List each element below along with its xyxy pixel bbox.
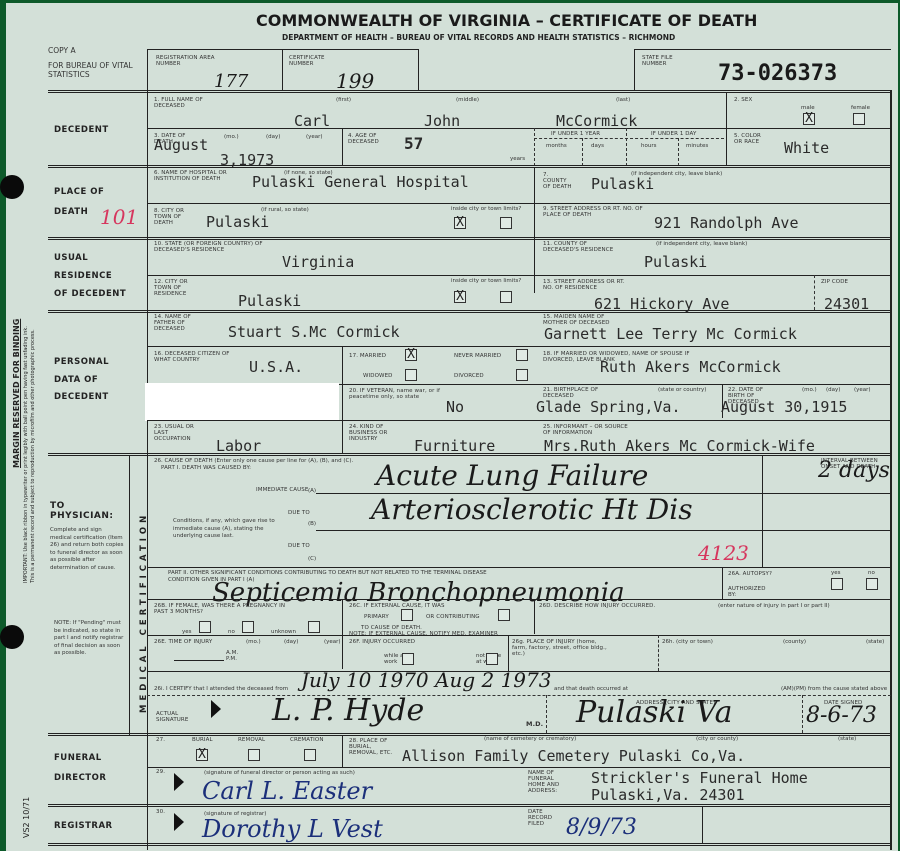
registrar-signature-arrow-icon	[174, 813, 184, 831]
removal-checkbox[interactable]	[248, 749, 260, 761]
married-checkbox[interactable]: X	[405, 349, 417, 361]
autopsy-yes-checkbox[interactable]	[831, 578, 843, 590]
age-value: 57	[404, 134, 423, 153]
f16-label: 16. DECEASED CITIZEN OF WHAT COUNTRY	[154, 351, 234, 363]
never-married-checkbox[interactable]	[516, 349, 528, 361]
funeral-home-label: NAME OF FUNERAL HOME AND ADDRESS:	[528, 770, 564, 794]
f26i-label: 26i. I CERTIFY that I attended the decea…	[154, 686, 288, 692]
section-residence: RESIDENCE	[54, 271, 112, 281]
f7-label: 7. COUNTY OF DEATH	[543, 172, 573, 190]
actual-signature-label: ACTUAL SIGNATURE	[156, 711, 196, 723]
page-title: COMMONWEALTH OF VIRGINIA – CERTIFICATE O…	[256, 11, 757, 30]
date-filed-label: DATE RECORD FILED	[528, 809, 568, 827]
margin-note-1: IMPORTANT: Use black ribbon in typewrite…	[23, 203, 29, 583]
f23-label: 23. USUAL OR LAST OCCUPATION	[154, 424, 204, 442]
section-personal: PERSONAL	[54, 357, 109, 367]
widowed-checkbox[interactable]	[405, 369, 417, 381]
f12-label: 12. CITY OR TOWN OF RESIDENCE	[154, 279, 204, 297]
red-mark-101: 101	[100, 205, 138, 229]
section-usual: USUAL	[54, 253, 88, 263]
f26h-label: 26h. (city or town)	[662, 639, 713, 645]
autopsy-label: 26a. AUTOPSY?	[728, 571, 772, 577]
f1-label: 1. FULL NAME OF DECEASED	[154, 97, 224, 109]
veteran-value: No	[446, 398, 464, 416]
binding-hole	[0, 175, 24, 199]
attended-dates-value: July 10 1970 Aug 2 1973	[301, 668, 551, 692]
death-month: August	[154, 136, 208, 154]
certificate-number-label: CERTIFICATE NUMBER	[289, 55, 339, 67]
registration-area-label: REGISTRATION AREA NUMBER	[156, 55, 216, 67]
registration-area-value: 177	[214, 71, 248, 92]
f26d-label: 26d. DESCRIBE HOW INJURY OCCURRED.	[539, 603, 655, 609]
medical-certification-label: MEDICAL CERTIFICATION	[139, 512, 149, 713]
authorized-by-label: AUTHORIZED BY:	[728, 586, 768, 598]
interval-a-value: 2 days	[818, 458, 890, 483]
signature-arrow-icon	[211, 700, 221, 718]
race-value: White	[784, 139, 829, 157]
f26c-label: 26c. IF EXTERNAL CAUSE, IT WAS	[349, 603, 445, 609]
f26f-label: 26f. INJURY OCCURRED	[349, 639, 415, 645]
f26-label: 26. CAUSE OF DEATH (Enter only one cause…	[154, 458, 353, 464]
section-decedent-2: DECEDENT	[54, 392, 109, 402]
date-signed-value: 8-6-73	[806, 703, 877, 728]
section-place-of: PLACE OF	[54, 187, 104, 197]
f13-label: 13. STREET ADDRESS OR RT. NO. OF RESIDEN…	[543, 279, 633, 291]
f26e-label: 26e. TIME OF INJURY	[154, 639, 212, 645]
date-filed-value: 8/9/73	[566, 815, 637, 840]
section-death: DEATH	[54, 207, 88, 217]
f2-label: 2. SEX	[734, 97, 752, 103]
burial-place-value: Allison Family Cemetery Pulaski Co,Va.	[402, 747, 745, 765]
registrar-signature: Dorothy L Vest	[202, 815, 383, 843]
autopsy-no-checkbox[interactable]	[866, 578, 878, 590]
cause-a-value: Acute Lung Failure	[376, 459, 648, 492]
f9-label: 9. STREET ADDRESS OR RT. NO. OF PLACE OF…	[543, 206, 643, 218]
pending-note: NOTE: If "Pending" must be indicated, so…	[54, 620, 124, 658]
f5-label: 5. COLOR OR RACE	[734, 133, 764, 145]
red-code: 4123	[698, 541, 749, 565]
copy-label: COPY A	[48, 46, 76, 55]
redacted-field	[145, 383, 339, 421]
city-of-death-value: Pulaski	[206, 213, 269, 231]
section-data-of: DATA OF	[54, 375, 98, 385]
hospital-value: Pulaski General Hospital	[252, 173, 469, 191]
external-contributing-checkbox[interactable]	[498, 609, 510, 621]
death-inside-limits-no[interactable]	[500, 217, 512, 229]
sex-male-checkbox[interactable]: X	[803, 113, 815, 125]
binding-hole	[0, 625, 24, 649]
director-signature-arrow-icon	[174, 773, 184, 791]
death-certificate: MARGIN RESERVED FOR BINDING IMPORTANT: U…	[6, 3, 898, 851]
f25-label: 25. INFORMANT – OR SOURCE OF INFORMATION	[543, 424, 633, 436]
funeral-home-address: Pulaski,Va. 24301	[591, 786, 745, 804]
f11-label: 11. COUNTY OF DECEASED'S RESIDENCE	[543, 241, 623, 253]
burial-checkbox[interactable]: X	[196, 749, 208, 761]
margin-note-2: This is a permanent record and subject t…	[30, 203, 36, 583]
pregnancy-yes-checkbox[interactable]	[199, 621, 211, 633]
funeral-home-name: Strickler's Funeral Home	[591, 769, 808, 787]
death-inside-limits-yes[interactable]: X	[454, 217, 466, 229]
residence-inside-limits-no[interactable]	[500, 291, 512, 303]
f4-label: 4. AGE OF DECEASED	[348, 133, 388, 145]
section-registrar: REGISTRAR	[54, 821, 113, 831]
to-physician-heading: TO PHYSICIAN:	[50, 501, 120, 521]
pregnancy-no-checkbox[interactable]	[242, 621, 254, 633]
state-file-label: STATE FILE NUMBER	[642, 55, 682, 67]
zip-label: ZIP CODE	[821, 279, 848, 285]
sex-female-checkbox[interactable]	[853, 113, 865, 125]
while-at-work-checkbox[interactable]	[402, 653, 414, 665]
birth-date-value: August 30,1915	[721, 398, 847, 416]
death-address-value: 921 Randolph Ave	[654, 214, 799, 232]
cause-b-value: Arteriosclerotic Ht Dis	[371, 493, 693, 526]
director-signature: Carl L. Easter	[202, 777, 372, 805]
section-director: DIRECTOR	[54, 773, 106, 783]
state-file-number: 73-026373	[718, 61, 837, 86]
page-subtitle: DEPARTMENT OF HEALTH – BUREAU OF VITAL R…	[282, 33, 675, 42]
section-decedent: DECEDENT	[54, 125, 109, 135]
physician-signature: L. P. Hyde	[272, 693, 424, 728]
section-of-decedent: OF DECEDENT	[54, 289, 126, 299]
residence-inside-limits-yes[interactable]: X	[454, 291, 466, 303]
residence-county-value: Pulaski	[644, 253, 707, 271]
f24-label: 24. KIND OF BUSINESS OR INDUSTRY	[349, 424, 409, 442]
f14-label: 14. NAME OF FATHER OF DECEASED	[154, 314, 214, 332]
f17-label: 17. MARRIED	[349, 353, 386, 359]
physician-instructions: Complete and sign medical certification …	[50, 527, 124, 572]
f10-label: 10. STATE (OR FOREIGN COUNTRY) OF DECEAS…	[154, 241, 284, 253]
f26b-label: 26b. IF FEMALE, WAS THERE A PREGNANCY IN…	[154, 603, 294, 615]
f8-label: 8. CITY OR TOWN OF DEATH	[154, 208, 194, 226]
f6-label: 6. NAME OF HOSPITAL OR INSTITUTION OF DE…	[154, 170, 234, 182]
f28-label: 28. PLACE OF BURIAL, REMOVAL, ETC.	[349, 738, 401, 756]
form-code: VS2 10/71	[22, 797, 31, 838]
father-name-value: Stuart S.Mc Cormick	[228, 323, 400, 341]
f26g-label: 26g. PLACE OF INJURY (home, farm, factor…	[512, 639, 612, 657]
birthplace-value: Glade Spring,Va.	[536, 398, 681, 416]
spouse-name-value: Ruth Akers McCormick	[600, 358, 781, 376]
residence-city-value: Pulaski	[238, 292, 301, 310]
margin-title: MARGIN RESERVED FOR BINDING	[12, 319, 21, 468]
section-funeral: FUNERAL	[54, 753, 102, 763]
physician-address: Pulaski Va	[576, 695, 733, 730]
not-while-at-work-checkbox[interactable]	[486, 653, 498, 665]
f20-label: 20. IF VETERAN, name war, or if peacetim…	[349, 388, 459, 400]
pregnancy-unknown-checkbox[interactable]	[308, 621, 320, 633]
county-of-death-value: Pulaski	[591, 175, 654, 193]
citizen-value: U.S.A.	[249, 358, 303, 376]
cremation-checkbox[interactable]	[304, 749, 316, 761]
residence-state-value: Virginia	[282, 253, 354, 271]
divorced-checkbox[interactable]	[516, 369, 528, 381]
mother-name-value: Garnett Lee Terry Mc Cormick	[544, 325, 797, 343]
external-primary-checkbox[interactable]	[401, 609, 413, 621]
copy-for-label: FOR BUREAU OF VITAL STATISTICS	[48, 61, 138, 79]
